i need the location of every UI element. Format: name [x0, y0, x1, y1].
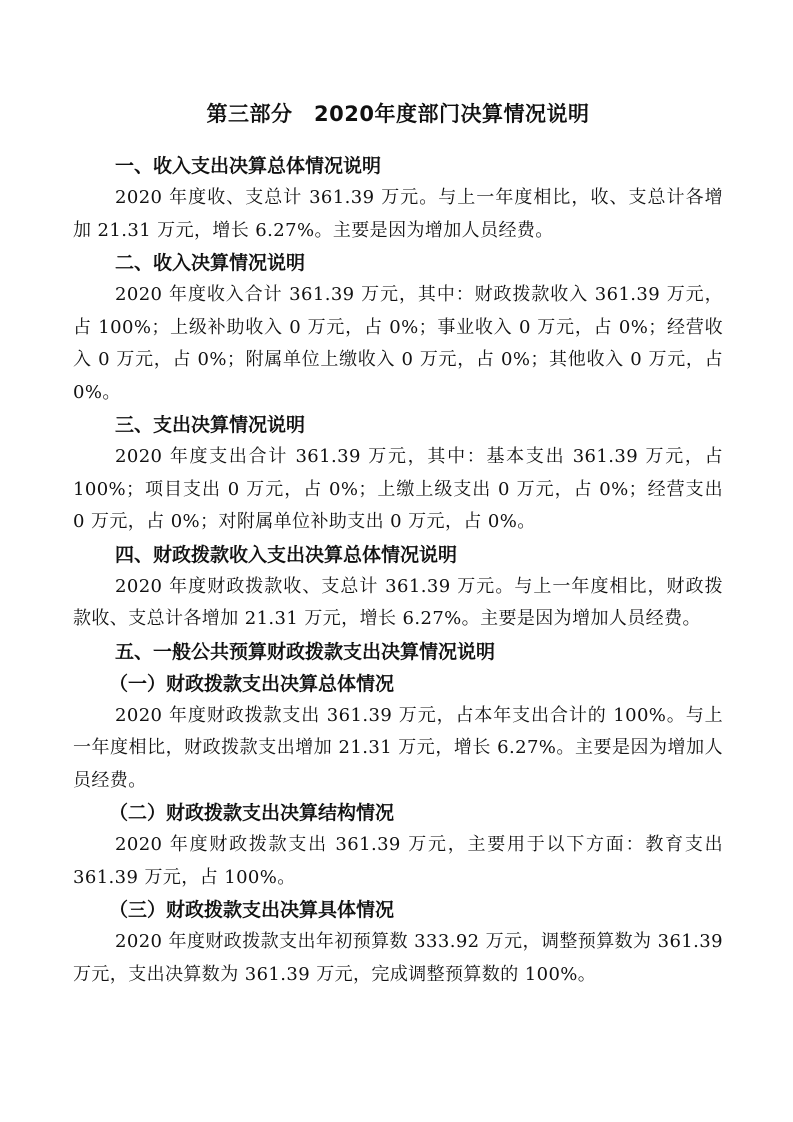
section-3-body: 2020 年度支出合计 361.39 万元，其中：基本支出 361.39 万元，… — [73, 441, 723, 539]
section-4-body: 2020 年度财政拨款收、支总计 361.39 万元。与上一年度相比，财政拨款收… — [73, 571, 723, 636]
section-3-heading: 三、支出决算情况说明 — [73, 409, 723, 441]
section-1-body: 2020 年度收、支总计 361.39 万元。与上一年度相比，收、支总计各增加 … — [73, 182, 723, 247]
subsection-5-1-body: 2020 年度财政拨款支出 361.39 万元，占本年支出合计的 100%。与上… — [73, 700, 723, 798]
section-2-heading: 二、收入决算情况说明 — [73, 247, 723, 279]
section-4-heading: 四、财政拨款收入支出决算总体情况说明 — [73, 539, 723, 571]
page-title: 第三部分 2020年度部门决算情况说明 — [73, 98, 723, 128]
subsection-5-3-heading: （三）财政拨款支出决算具体情况 — [73, 894, 723, 926]
subsection-5-3-body: 2020 年度财政拨款支出年初预算数 333.92 万元，调整预算数为 361.… — [73, 926, 723, 991]
document-content: 一、收入支出决算总体情况说明 2020 年度收、支总计 361.39 万元。与上… — [73, 150, 723, 991]
section-5-heading: 五、一般公共预算财政拨款支出决算情况说明 — [73, 636, 723, 668]
section-1-heading: 一、收入支出决算总体情况说明 — [73, 150, 723, 182]
section-2-body: 2020 年度收入合计 361.39 万元，其中：财政拨款收入 361.39 万… — [73, 279, 723, 409]
subsection-5-2-heading: （二）财政拨款支出决算结构情况 — [73, 797, 723, 829]
subsection-5-2-body: 2020 年度财政拨款支出 361.39 万元，主要用于以下方面：教育支出 36… — [73, 829, 723, 894]
subsection-5-1-heading: （一）财政拨款支出决算总体情况 — [73, 668, 723, 700]
